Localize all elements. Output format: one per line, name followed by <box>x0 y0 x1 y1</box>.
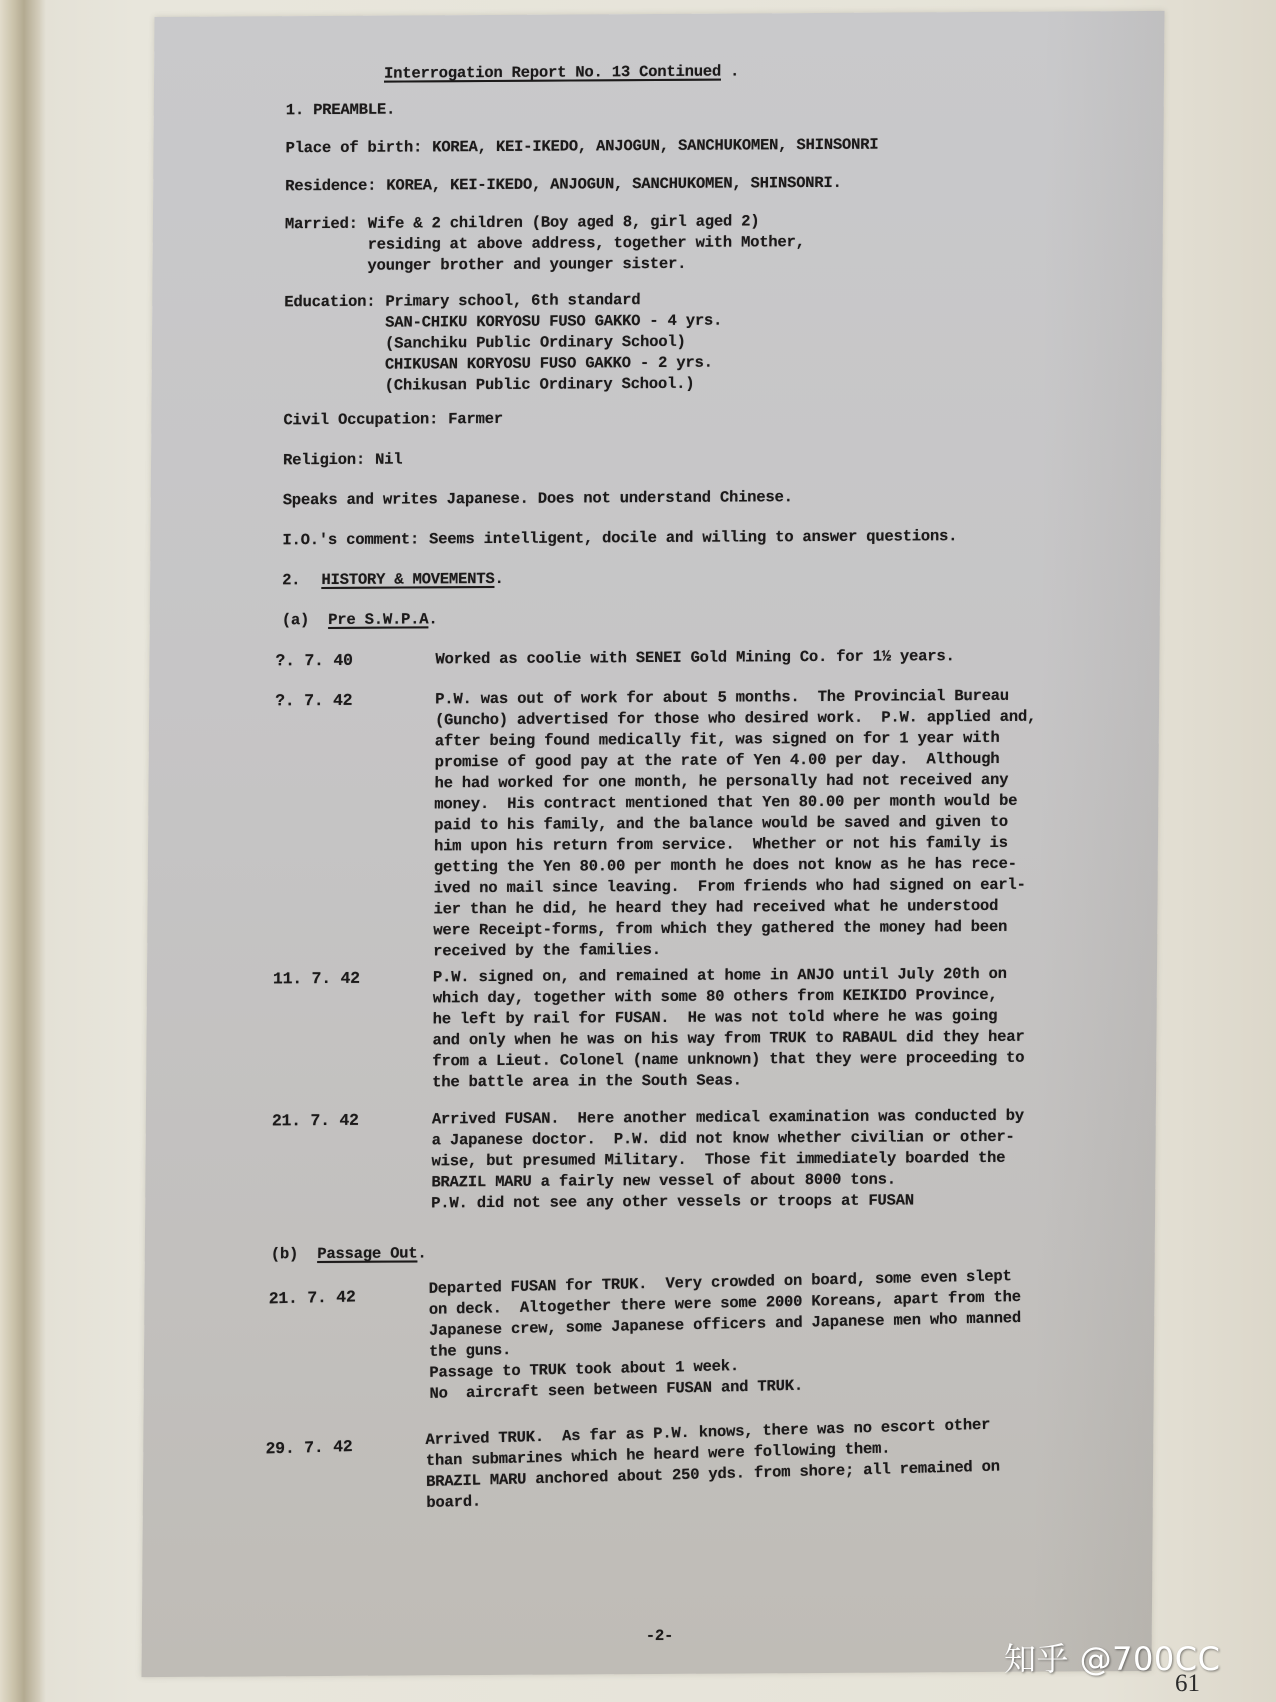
book-binding-shadow <box>0 0 40 1702</box>
io-comment-value: Seems intelligent, docile and willing to… <box>419 526 957 550</box>
report-title-text: Interrogation Report No. 13 Continued <box>384 63 721 83</box>
subsection-a-title-suffix: . <box>428 610 437 628</box>
section-2-heading: 2. HISTORY & MOVEMENTS. <box>282 569 504 591</box>
report-title: Interrogation Report No. 13 Continued <box>384 62 721 85</box>
timeline-entry: 29. 7. 42 Arrived TRUK. As far as P.W. k… <box>265 1411 1145 1435</box>
married-value: Wife & 2 children (Boy aged 8, girl aged… <box>357 211 805 277</box>
entry-date: ?. 7. 42 <box>275 690 352 711</box>
entry-text: P.W. signed on, and remained at home in … <box>432 963 1153 1093</box>
religion-row: Religion: Nil <box>283 450 402 472</box>
timeline-entry: 21. 7. 42 Departed FUSAN for TRUK. Very … <box>269 1263 1149 1282</box>
place-of-birth-label: Place of birth: <box>285 137 422 159</box>
report-title-suffix: . <box>730 61 739 82</box>
education-value: Primary school, 6th standard SAN-CHIKU K… <box>375 290 723 397</box>
subsection-b-title: Passage Out <box>317 1244 417 1263</box>
subsection-b-marker: (b) <box>271 1245 298 1263</box>
education-row: Education: Primary school, 6th standard … <box>284 290 723 398</box>
entry-text: P.W. was out of work for about 5 months.… <box>433 685 1155 962</box>
section-2-title-suffix: . <box>494 570 503 588</box>
book-page-number: 61 <box>1175 1670 1200 1698</box>
married-row: Married: Wife & 2 children (Boy aged 8, … <box>284 211 805 277</box>
entry-text: Arrived TRUK. As far as P.W. knows, ther… <box>425 1411 1146 1514</box>
subsection-b-title-suffix: . <box>417 1244 426 1262</box>
subsection-b-heading: (b) Passage Out. <box>271 1243 427 1265</box>
place-of-birth-row: Place of birth: KOREA, KEI-IKEDO, ANJOGU… <box>285 135 878 160</box>
document-page-marker: -2- <box>646 1626 673 1647</box>
residence-label: Residence: <box>285 176 376 198</box>
subsection-a-title: Pre S.W.P.A <box>328 610 428 629</box>
civil-occupation-value: Farmer <box>438 409 503 430</box>
education-label: Education: <box>284 292 376 398</box>
entry-text: Arrived FUSAN. Here another medical exam… <box>431 1105 1152 1214</box>
timeline-entry: ?. 7. 40 Worked as coolie with SENEI Gol… <box>276 645 1156 650</box>
married-label: Married: <box>284 214 357 277</box>
entry-date: 11. 7. 42 <box>273 968 360 990</box>
civil-occupation-label: Civil Occupation: <box>283 409 438 431</box>
timeline-entry: 21. 7. 42 Arrived FUSAN. Here another me… <box>272 1105 1152 1110</box>
entry-date: 21. 7. 42 <box>269 1286 356 1309</box>
entry-text: Departed FUSAN for TRUK. Very crowded on… <box>429 1263 1150 1405</box>
residence-value: KOREA, KEI-IKEDO, ANJOGUN, SANCHUKOMEN, … <box>376 173 842 197</box>
section-1-heading: 1. PREAMBLE. <box>286 100 395 122</box>
entry-date: ?. 7. 40 <box>275 650 352 671</box>
residence-row: Residence: KOREA, KEI-IKEDO, ANJOGUN, SA… <box>285 173 842 197</box>
interrogation-report: Interrogation Report No. 13 Continued . … <box>287 11 1147 16</box>
section-2-title: HISTORY & MOVEMENTS <box>321 570 494 589</box>
religion-label: Religion: <box>283 450 365 472</box>
religion-value: Nil <box>365 450 402 471</box>
entry-date: 21. 7. 42 <box>272 1110 359 1132</box>
subsection-a-marker: (a) <box>282 611 309 629</box>
section-2-number: 2. <box>282 571 300 589</box>
subsection-a-heading: (a) Pre S.W.P.A. <box>282 609 438 631</box>
languages-text: Speaks and writes Japanese. Does not und… <box>283 487 793 511</box>
document-sheet: Interrogation Report No. 13 Continued . … <box>141 11 1164 1677</box>
entry-date: 29. 7. 42 <box>265 1436 352 1459</box>
place-of-birth-value: KOREA, KEI-IKEDO, ANJOGUN, SANCHUKOMEN, … <box>422 135 878 159</box>
timeline-entry: ?. 7. 42 P.W. was out of work for about … <box>275 685 1155 690</box>
io-comment-label: I.O.'s comment: <box>282 529 419 551</box>
io-comment-row: I.O.'s comment: Seems intelligent, docil… <box>282 526 957 551</box>
timeline-entry: 11. 7. 42 P.W. signed on, and remained a… <box>273 963 1153 968</box>
entry-text: Worked as coolie with SENEI Gold Mining … <box>435 645 1155 670</box>
civil-occupation-row: Civil Occupation: Farmer <box>283 409 503 431</box>
